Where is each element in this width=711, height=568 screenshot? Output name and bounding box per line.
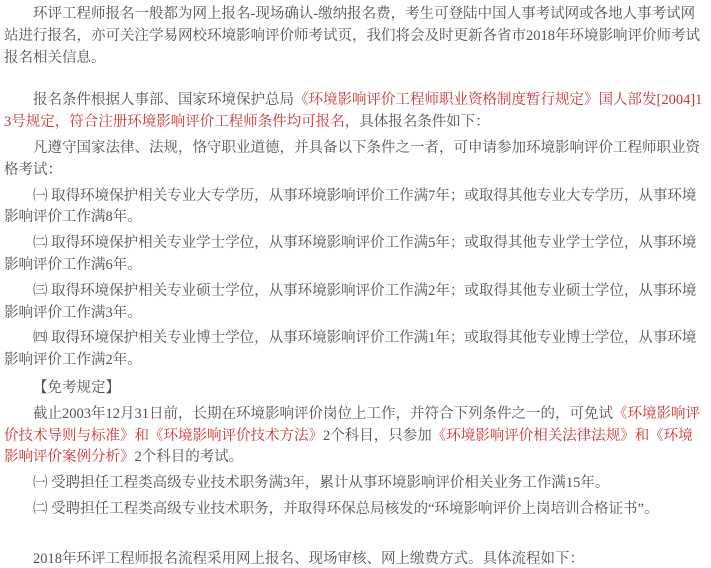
- text-run: 2个科目，只参加: [323, 428, 432, 444]
- text-run: 2个科目的考试。: [135, 449, 244, 465]
- text-run: ，具体报名条件如下：: [345, 114, 490, 130]
- text-run: 2018年环评工程师报名流程采用网上报名、现场审核、网上缴费方式。具体流程如下：: [33, 551, 584, 567]
- paragraph-condition-3: ㈢ 取得环境保护相关专业硕士学位，从事环境影响评价工作满2年；或取得其他专业硕士…: [4, 281, 705, 325]
- paragraph-exemption-body: 截止2003年12月31日前，长期在环境影响评价岗位上工作，并符合下列条件之一的…: [4, 404, 705, 469]
- text-run: 凡遵守国家法律、法规，恪守职业道德，并具备以下条件之一者，可申请参加环境影响评价…: [4, 140, 700, 178]
- paragraph-process-intro: 2018年环评工程师报名流程采用网上报名、现场审核、网上缴费方式。具体流程如下：: [4, 549, 705, 568]
- paragraph-condition-1: ㈠ 取得环境保护相关专业大专学历，从事环境影响评价工作满7年；或取得其他专业大专…: [4, 186, 705, 230]
- paragraph-intro: 环评工程师报名一般都为网上报名-现场确认-缴纳报名费，考生可登陆中国人事考试网或…: [4, 4, 705, 69]
- text-run: ㈠ 取得环境保护相关专业大专学历，从事环境影响评价工作满7年；或取得其他专业大专…: [4, 188, 696, 226]
- text-run: 报名条件根据人事部、国家环境保护总局: [33, 92, 294, 108]
- text-run: ㈠ 受聘担任工程类高级专业技术职务满3年，累计从事环境影响评价相关业务工作满15…: [33, 475, 609, 491]
- text-run: ㈣ 取得环境保护相关专业博士学位，从事环境影响评价工作满1年；或取得其他专业博士…: [4, 330, 696, 368]
- paragraph-condition-2: ㈡ 取得环境保护相关专业学士学位，从事环境影响评价工作满5年；或取得其他专业学士…: [4, 233, 705, 277]
- text-run: 截止2003年12月31日前，长期在环境影响评价岗位上工作，并符合下列条件之一的…: [33, 406, 613, 422]
- paragraph-exemption-condition-2: ㈡ 受聘担任工程类高级专业技术职务，并取得环保总局核发的“环境影响评价上岗培训合…: [4, 499, 705, 521]
- text-run: ㈡ 受聘担任工程类高级专业技术职务，并取得环保总局核发的“环境影响评价上岗培训合…: [33, 501, 659, 517]
- text-run: ㈢ 取得环境保护相关专业硕士学位，从事环境影响评价工作满2年；或取得其他专业硕士…: [4, 283, 696, 321]
- paragraph-exemption-condition-1: ㈠ 受聘担任工程类高级专业技术职务满3年，累计从事环境影响评价相关业务工作满15…: [4, 473, 705, 495]
- paragraph-signup-conditions: 报名条件根据人事部、国家环境保护总局《环境影响评价工程师职业资格制度暂行规定》国…: [4, 90, 705, 134]
- paragraph-condition-4: ㈣ 取得环境保护相关专业博士学位，从事环境影响评价工作满1年；或取得其他专业博士…: [4, 328, 705, 372]
- text-run: ㈡ 取得环境保护相关专业学士学位，从事环境影响评价工作满5年；或取得其他专业学士…: [4, 235, 696, 273]
- text-run: 环评工程师报名一般都为网上报名-现场确认-缴纳报名费，考生可登陆中国人事考试网或…: [4, 6, 700, 66]
- heading-text: 【免考规定】: [33, 380, 120, 396]
- exemption-heading: 【免考规定】: [4, 378, 705, 400]
- paragraph-general-condition: 凡遵守国家法律、法规，恪守职业道德，并具备以下条件之一者，可申请参加环境影响评价…: [4, 138, 705, 182]
- article-body: 环评工程师报名一般都为网上报名-现场确认-缴纳报名费，考生可登陆中国人事考试网或…: [0, 0, 711, 568]
